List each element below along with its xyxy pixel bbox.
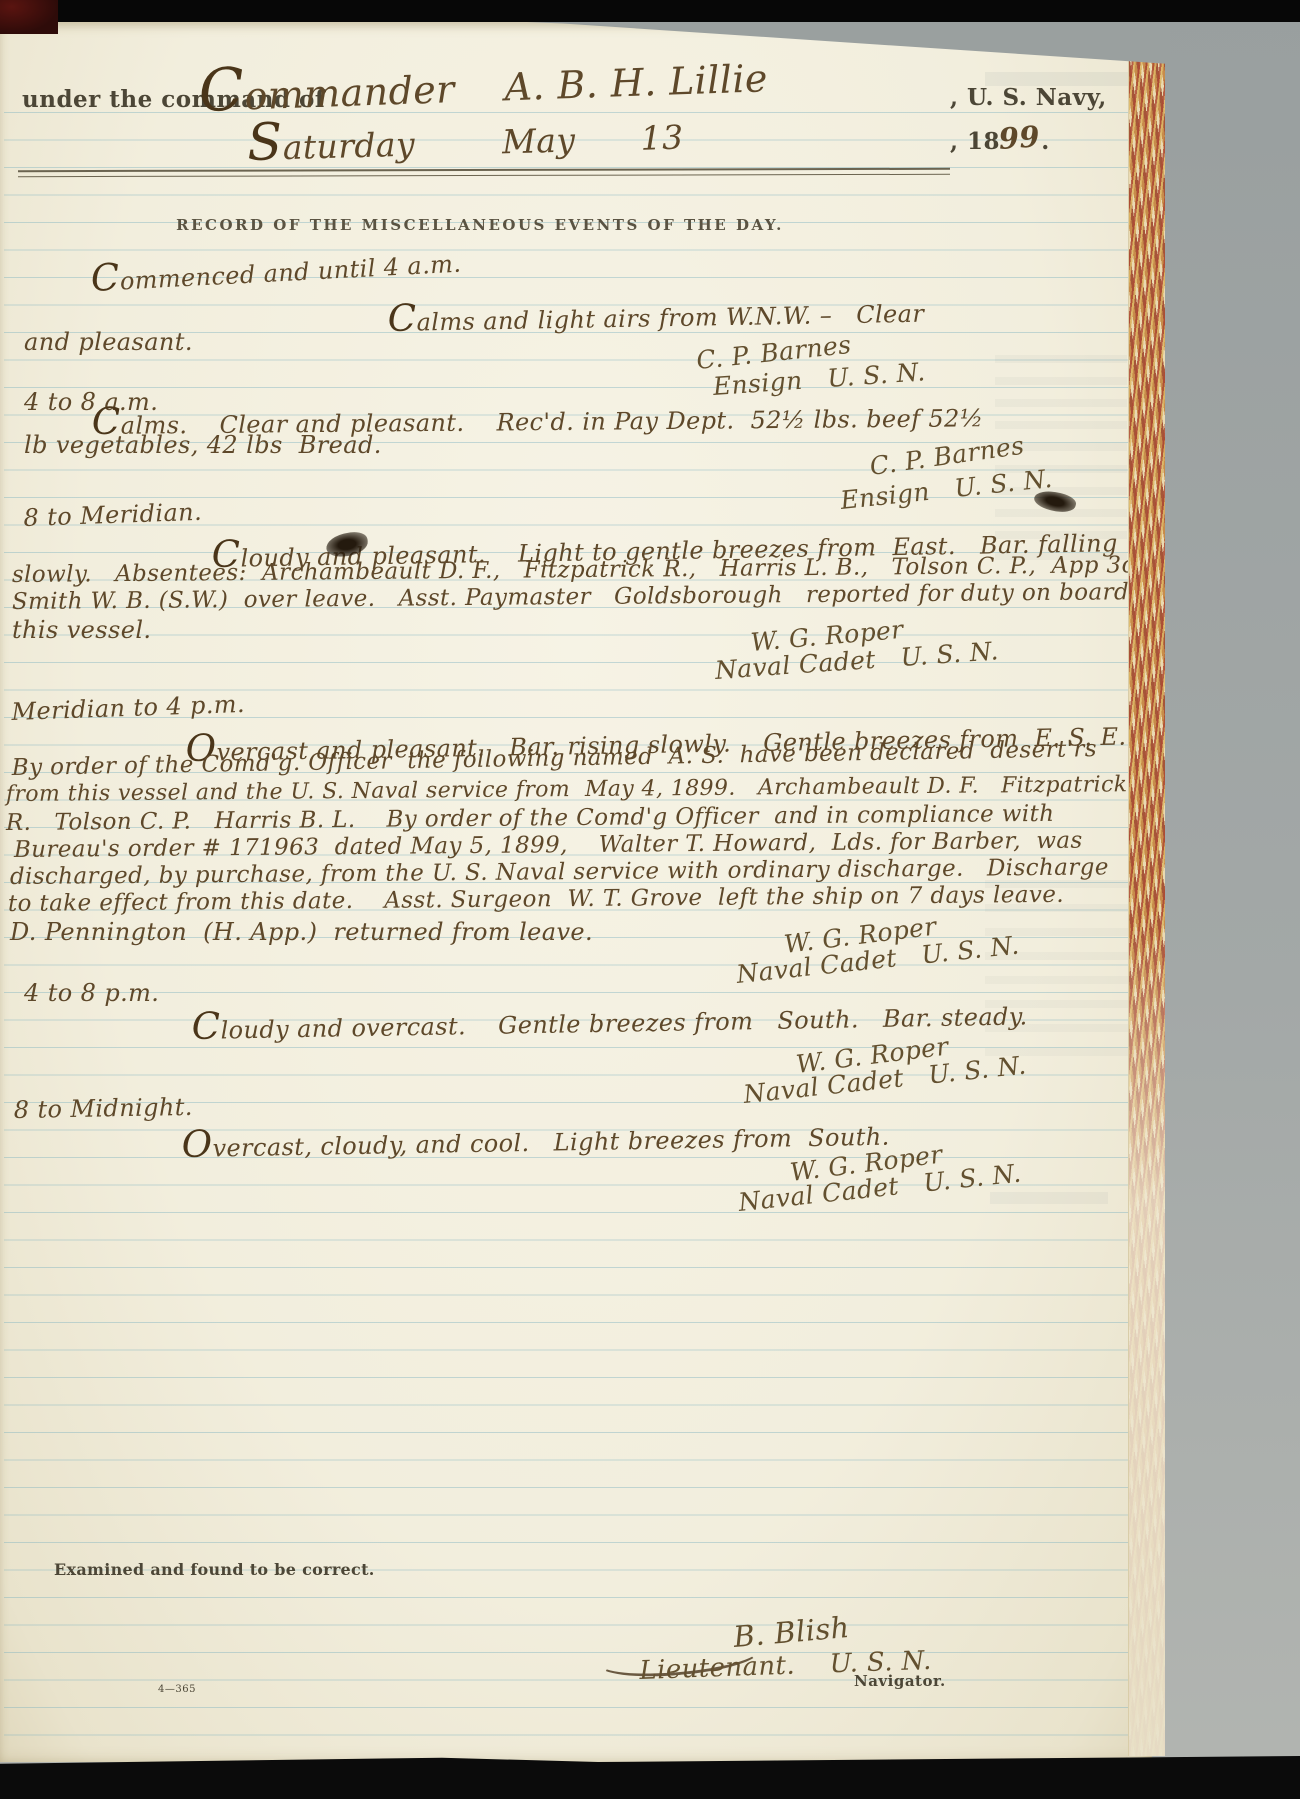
- examined-statement: Examined and found to be correct.: [54, 1560, 375, 1579]
- logbook-photo: under the command of Commander A. B. H. …: [0, 0, 1300, 1799]
- photo-bottom-border: [0, 1756, 1300, 1799]
- bleed-through-mark: [990, 1192, 1108, 1204]
- year-printed: , 1899.: [950, 122, 1050, 156]
- year-handwritten: 99: [998, 119, 1041, 156]
- book-cover-corner: [0, 0, 58, 34]
- section-title: RECORD OF THE MISCELLANEOUS EVENTS OF TH…: [0, 216, 960, 234]
- date-handwritten: Saturday May 13: [246, 103, 684, 173]
- photo-top-border: [0, 0, 1300, 22]
- book-fore-edge: [1128, 26, 1165, 1756]
- form-number: 4—365: [158, 1684, 196, 1695]
- time-label: 4 to 8 p.m.: [24, 979, 159, 1007]
- log-line: D. Pennington (H. App.) returned from le…: [10, 918, 593, 946]
- navigator-printed-label: Navigator.: [854, 1672, 946, 1690]
- log-line: lb vegetables, 42 lbs Bread.: [24, 431, 382, 459]
- log-line: this vessel.: [12, 616, 151, 644]
- log-line: and pleasant.: [24, 328, 193, 356]
- time-label: 8 to Midnight.: [14, 1093, 194, 1124]
- year-prefix: , 18: [950, 128, 1000, 155]
- year-suffix: .: [1041, 128, 1050, 155]
- header-printed-navy: , U. S. Navy,: [950, 84, 1107, 111]
